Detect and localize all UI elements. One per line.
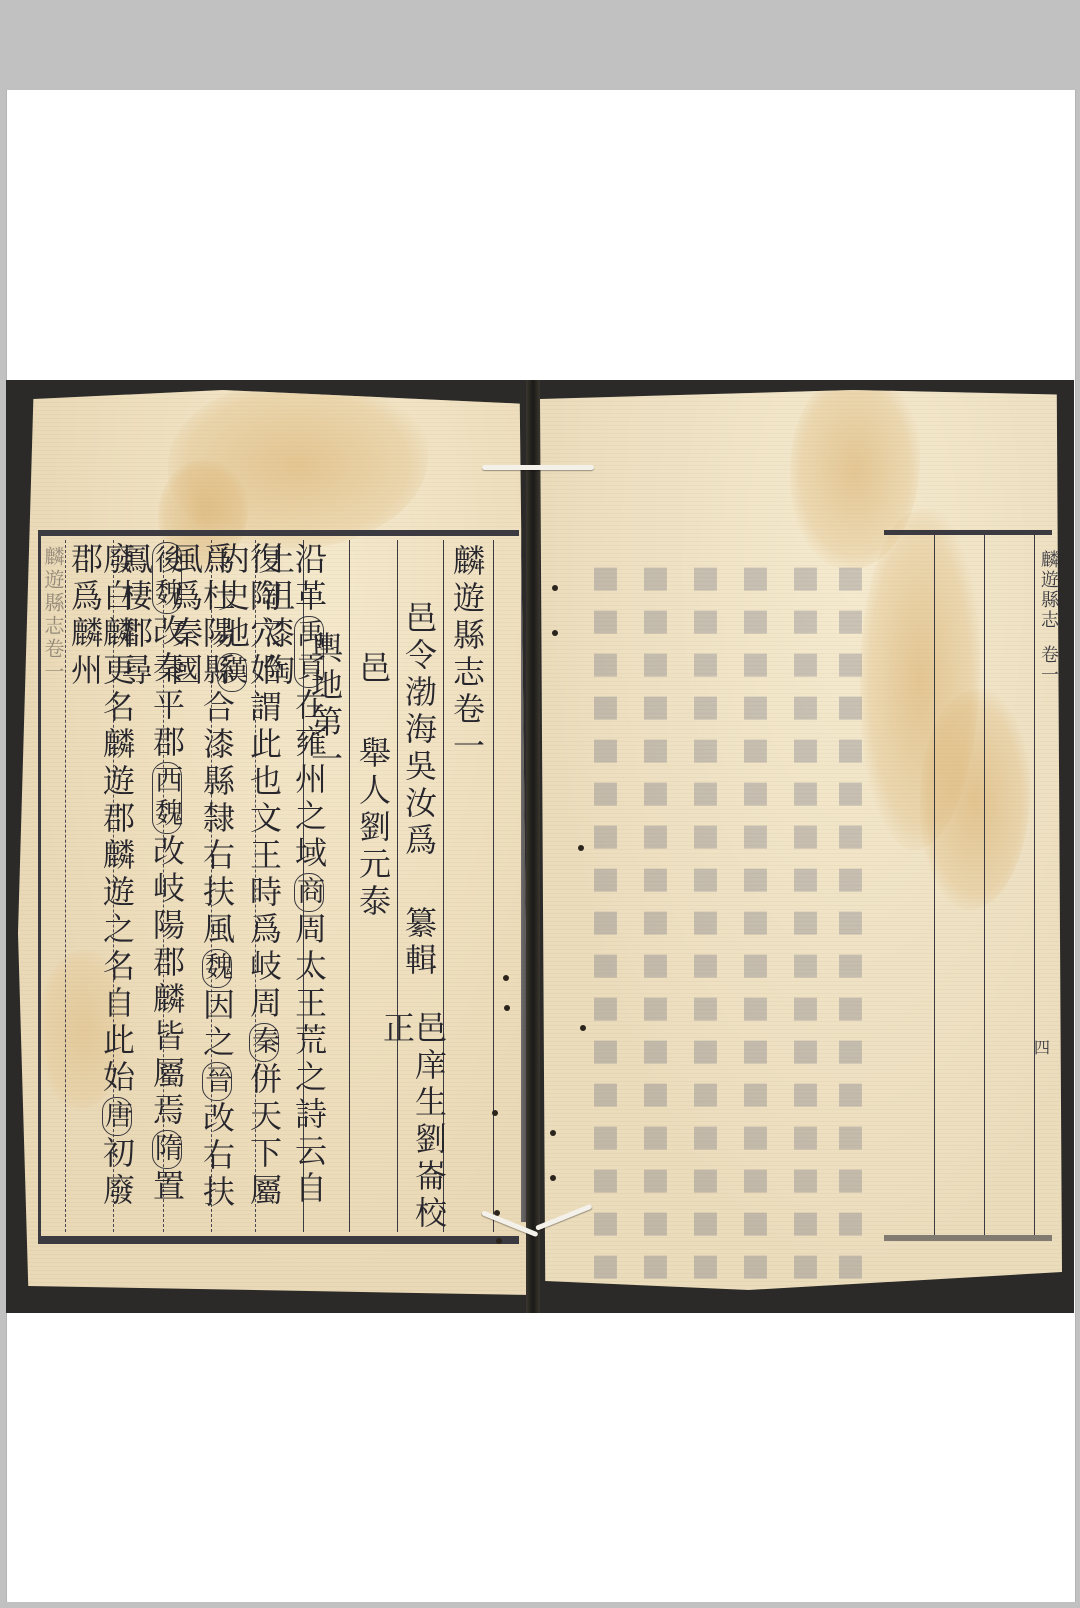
binding-hole <box>580 1025 586 1031</box>
column-rule <box>493 540 494 1232</box>
book-scan-image: 麟遊縣志卷一 廢白麟更名麟遊郡麟遊之名自此始唐初廢郡爲麟州 後魏改秦平郡西魏改岐… <box>6 380 1074 1313</box>
proofreader-line: 邑庠生劉崙校正 <box>381 1011 445 1236</box>
binding-hole <box>503 975 509 981</box>
left-page: 麟遊縣志卷一 廢白麟更名麟遊郡麟遊之名自此始唐初廢郡爲麟州 後魏改秦平郡西魏改岐… <box>18 390 530 1295</box>
binding-hole <box>550 1130 556 1136</box>
bleed-through-text: ■■■■■■■■■■■■■■■■■■ <box>740 560 770 1313</box>
binding-hole <box>578 845 584 851</box>
binding-hole <box>492 1110 498 1116</box>
compiler-line: 邑令渤海吳汝爲 <box>403 601 435 860</box>
binding-hole <box>550 1175 556 1181</box>
printed-text-frame-right: 麟遊縣志 卷一 四 <box>884 530 1052 1241</box>
book-spine-gutter <box>526 380 540 1313</box>
binding-hole <box>504 1005 510 1011</box>
binding-hole <box>552 630 558 636</box>
printed-text-frame: 麟遊縣志卷一 廢白麟更名麟遊郡麟遊之名自此始唐初廢郡爲麟州 後魏改秦平郡西魏改岐… <box>38 530 519 1244</box>
binding-thread-top <box>482 465 594 470</box>
column-rule <box>1034 535 1035 1235</box>
bleed-through-text: ■■■■■■■■■■■■■■■■■■ <box>690 560 720 1313</box>
volume-title: 麟遊縣志卷一 <box>451 544 483 766</box>
column-rule <box>349 540 350 1232</box>
bleed-through-text: ■■■■■■■■■■■■■■■■■■ <box>790 560 820 1313</box>
edge-faint-text: 麟遊縣志卷一 <box>43 546 63 684</box>
section-heading: 輿地第一 <box>309 631 341 779</box>
banxin-title: 麟遊縣志 <box>1035 550 1061 630</box>
right-page: ■■■■■■■■■■■■■■■■■■ ■■■■■■■■■■■■■■■■■■ ■■… <box>540 390 1062 1290</box>
binding-hole <box>552 585 558 591</box>
binding-hole <box>496 1238 502 1244</box>
coeditor-line: 舉人劉元泰 <box>357 736 389 921</box>
column-rule <box>984 535 985 1235</box>
bleed-through-text: ■■■■■■■■■■■■■■■■■■ <box>835 560 865 1313</box>
bleed-through-text: ■■■■■■■■■■■■■■■■■■ <box>590 560 620 1313</box>
dynasty-annotation: 漢 <box>217 653 247 692</box>
column-rule <box>934 535 935 1235</box>
coeditor-prefix: 邑 <box>357 651 389 688</box>
banxin-volume: 卷一 <box>1035 645 1061 685</box>
dynasty-annotation: 商 <box>294 873 324 912</box>
page-number-mark: 四 <box>1034 1035 1050 1058</box>
bleed-through-text: ■■■■■■■■■■■■■■■■■■ <box>640 560 670 1313</box>
compiler-role: 纂輯 <box>403 906 435 980</box>
